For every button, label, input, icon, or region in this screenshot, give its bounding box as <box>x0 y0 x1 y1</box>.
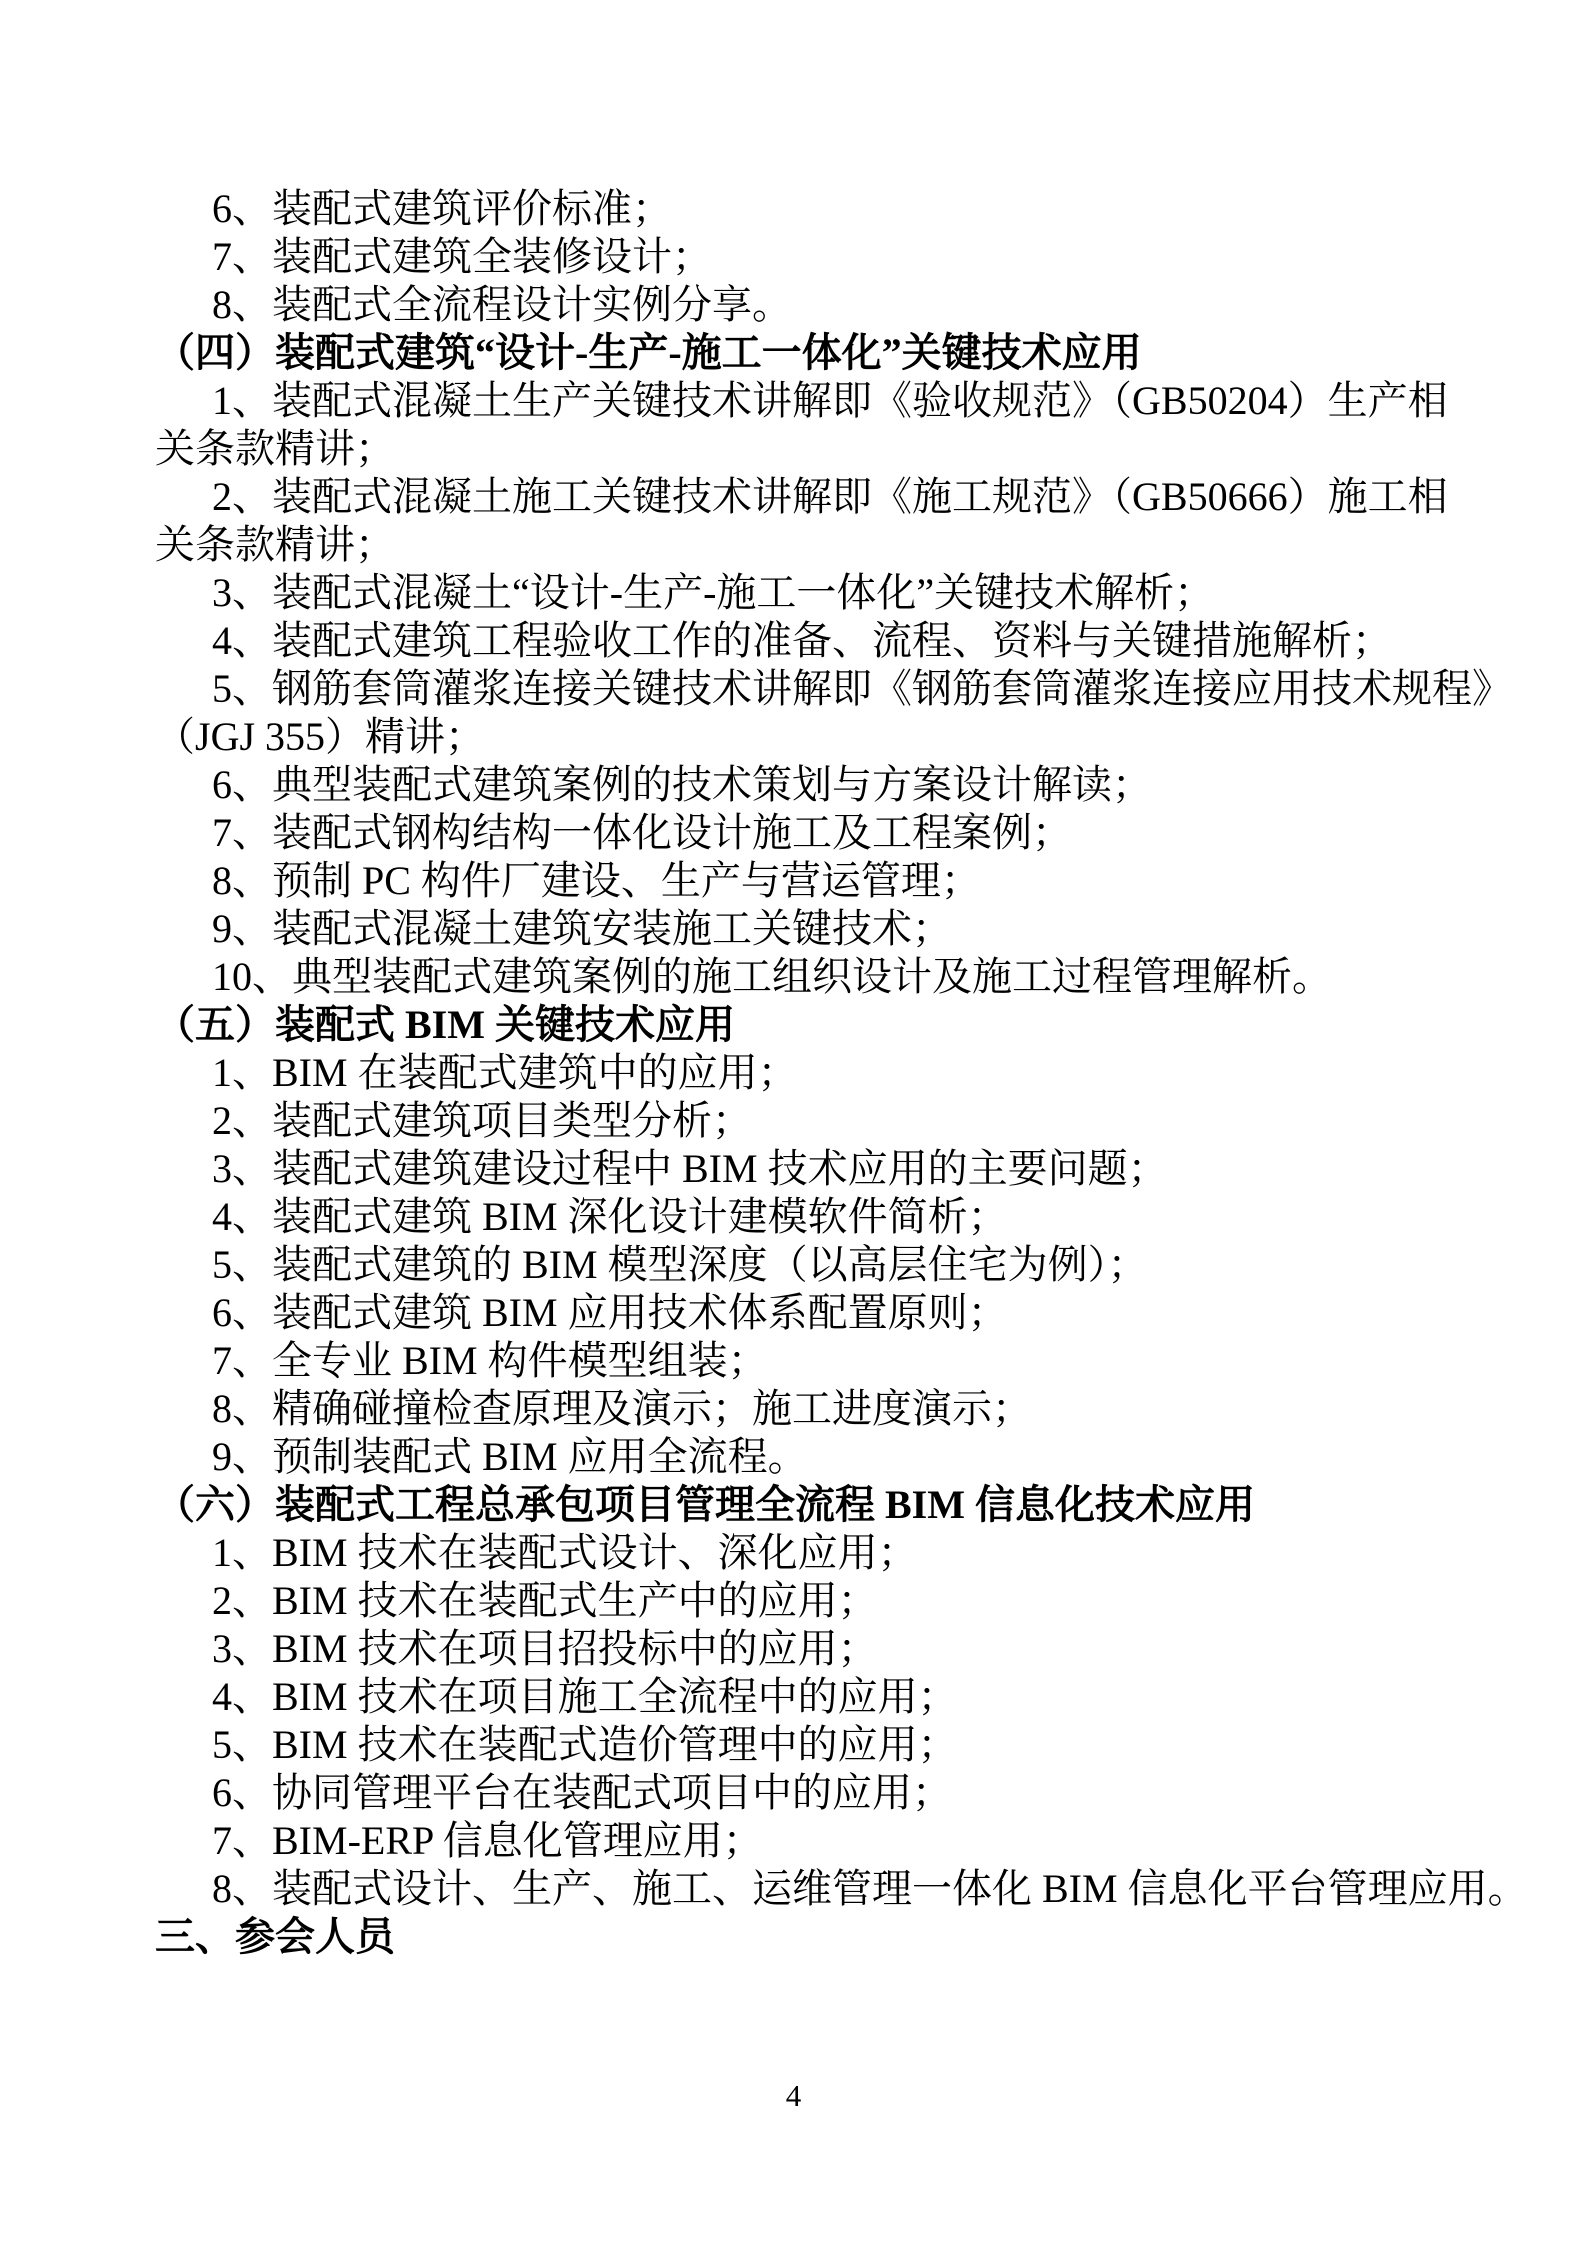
document-page: 6、装配式建筑评价标准；7、装配式建筑全装修设计；8、装配式全流程设计实例分享。… <box>0 0 1587 2245</box>
section-heading-line: 三、参会人员 <box>155 1913 1500 1961</box>
doc-text-line: 7、全专业 BIM 构件模型组装； <box>155 1337 1500 1385</box>
doc-text-line: 5、钢筋套筒灌浆连接关键技术讲解即《钢筋套筒灌浆连接应用技术规程》 <box>155 665 1500 713</box>
doc-text-line: 8、精确碰撞检查原理及演示；施工进度演示； <box>155 1385 1500 1433</box>
doc-text-line: 4、装配式建筑 BIM 深化设计建模软件简析； <box>155 1193 1500 1241</box>
doc-text-line: 6、装配式建筑 BIM 应用技术体系配置原则； <box>155 1289 1500 1337</box>
doc-text-line: 6、装配式建筑评价标准； <box>155 185 1500 233</box>
doc-text-line: 9、装配式混凝土建筑安装施工关键技术； <box>155 905 1500 953</box>
doc-text-line: 8、装配式全流程设计实例分享。 <box>155 281 1500 329</box>
doc-text-line: 3、装配式建筑建设过程中 BIM 技术应用的主要问题； <box>155 1145 1500 1193</box>
doc-text-line: （JGJ 355）精讲； <box>155 713 1500 761</box>
doc-text-line: 8、预制 PC 构件厂建设、生产与营运管理； <box>155 857 1500 905</box>
doc-text-line: 6、协同管理平台在装配式项目中的应用； <box>155 1769 1500 1817</box>
doc-text-line: 2、BIM 技术在装配式生产中的应用； <box>155 1577 1500 1625</box>
section-heading-line: （四）装配式建筑“设计-生产-施工一体化”关键技术应用 <box>155 329 1500 377</box>
doc-text-line: 7、装配式建筑全装修设计； <box>155 233 1500 281</box>
doc-text-line: 3、装配式混凝土“设计-生产-施工一体化”关键技术解析； <box>155 569 1500 617</box>
doc-text-line: 7、BIM-ERP 信息化管理应用； <box>155 1817 1500 1865</box>
doc-text-line: 5、装配式建筑的 BIM 模型深度（以高层住宅为例）； <box>155 1241 1500 1289</box>
section-heading-line: （六）装配式工程总承包项目管理全流程 BIM 信息化技术应用 <box>155 1481 1500 1529</box>
doc-text-line: 4、装配式建筑工程验收工作的准备、流程、资料与关键措施解析； <box>155 617 1500 665</box>
doc-text-line: 2、装配式混凝土施工关键技术讲解即《施工规范》（GB50666）施工相 <box>155 473 1500 521</box>
doc-text-line: 10、典型装配式建筑案例的施工组织设计及施工过程管理解析。 <box>155 953 1500 1001</box>
doc-text-line: 关条款精讲； <box>155 521 1500 569</box>
doc-text-line: 5、BIM 技术在装配式造价管理中的应用； <box>155 1721 1500 1769</box>
doc-text-line: 关条款精讲； <box>155 425 1500 473</box>
doc-text-line: 4、BIM 技术在项目施工全流程中的应用； <box>155 1673 1500 1721</box>
page-number: 4 <box>0 2072 1587 2120</box>
doc-text-line: 7、装配式钢构结构一体化设计施工及工程案例； <box>155 809 1500 857</box>
doc-text-line: 8、装配式设计、生产、施工、运维管理一体化 BIM 信息化平台管理应用。 <box>155 1865 1500 1913</box>
doc-text-line: 2、装配式建筑项目类型分析； <box>155 1097 1500 1145</box>
doc-text-line: 1、BIM 技术在装配式设计、深化应用； <box>155 1529 1500 1577</box>
doc-text-line: 1、BIM 在装配式建筑中的应用； <box>155 1049 1500 1097</box>
doc-text-line: 9、预制装配式 BIM 应用全流程。 <box>155 1433 1500 1481</box>
doc-text-line: 1、装配式混凝土生产关键技术讲解即《验收规范》（GB50204）生产相 <box>155 377 1500 425</box>
document-body: 6、装配式建筑评价标准；7、装配式建筑全装修设计；8、装配式全流程设计实例分享。… <box>155 185 1500 1961</box>
doc-text-line: 3、BIM 技术在项目招投标中的应用； <box>155 1625 1500 1673</box>
doc-text-line: 6、典型装配式建筑案例的技术策划与方案设计解读； <box>155 761 1500 809</box>
section-heading-line: （五）装配式 BIM 关键技术应用 <box>155 1001 1500 1049</box>
